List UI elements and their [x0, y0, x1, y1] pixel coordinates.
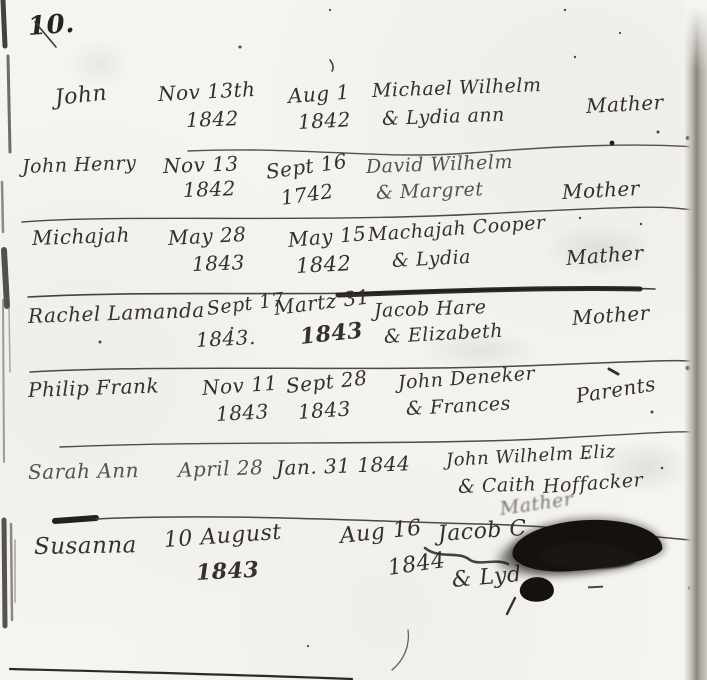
- page-edge-right-fade: [684, 0, 707, 70]
- baptism-year: 1843: [299, 319, 364, 347]
- parent-names: David Wilhelm: [366, 153, 514, 177]
- birth-year: 1843: [192, 252, 246, 274]
- speck: [651, 411, 654, 414]
- birth-date: May 28: [167, 224, 246, 248]
- sponsor-label: Mother: [571, 303, 650, 328]
- child-name: Michajah: [32, 225, 131, 248]
- baptism-year: 1842: [297, 109, 351, 132]
- speck: [99, 341, 102, 344]
- baptism-year: 1842: [295, 253, 351, 277]
- child-name: Susanna: [34, 534, 137, 559]
- parent-names-2: & Lyd: [451, 564, 522, 592]
- speck: [564, 9, 566, 11]
- parent-names-2: & Margret: [376, 180, 484, 203]
- baptism-date: Jan. 31 1844: [276, 453, 411, 478]
- baptism-year: 1843: [297, 398, 351, 422]
- register-page-scan: 10.: [0, 0, 707, 680]
- speck: [610, 141, 615, 146]
- speck: [329, 9, 331, 11]
- parent-names-2: & Lydia ann: [382, 106, 505, 129]
- sponsor-label: Mother: [561, 178, 640, 202]
- parent-names-2: & Frances: [406, 395, 512, 419]
- baptism-date: May 15: [287, 223, 367, 250]
- speck: [579, 217, 581, 219]
- birth-year: 1842: [186, 108, 240, 130]
- baptism-date: Aug 1: [287, 82, 350, 106]
- birth-year: 1842: [183, 178, 237, 200]
- sponsor-label: Mather: [565, 243, 644, 268]
- child-name: Rachel Lamanda: [28, 300, 205, 326]
- child-name: John Henry: [22, 154, 137, 177]
- birth-date: April 28: [178, 457, 264, 480]
- speck: [307, 645, 309, 647]
- parent-names: Jacob Hare: [374, 298, 487, 321]
- page-edge-right: [684, 0, 707, 680]
- birth-date: Nov 13: [163, 153, 239, 176]
- sponsor-label: Mather: [585, 92, 664, 116]
- speck: [657, 131, 660, 134]
- birth-year: 1843.: [195, 327, 256, 350]
- child-name: John: [54, 83, 108, 110]
- speck: [239, 46, 242, 49]
- birth-date: Nov 11: [201, 373, 278, 398]
- speck: [574, 56, 576, 58]
- birth-year: 1843: [195, 559, 259, 584]
- parent-names-2: & Lydia: [392, 248, 472, 271]
- child-name: Philip Frank: [28, 375, 160, 400]
- birth-year: 1843: [215, 401, 269, 424]
- speck: [661, 467, 664, 470]
- birth-date: Nov 13th: [157, 79, 255, 104]
- child-name: Sarah Ann: [28, 460, 139, 482]
- speck: [640, 223, 642, 225]
- speck: [619, 32, 621, 34]
